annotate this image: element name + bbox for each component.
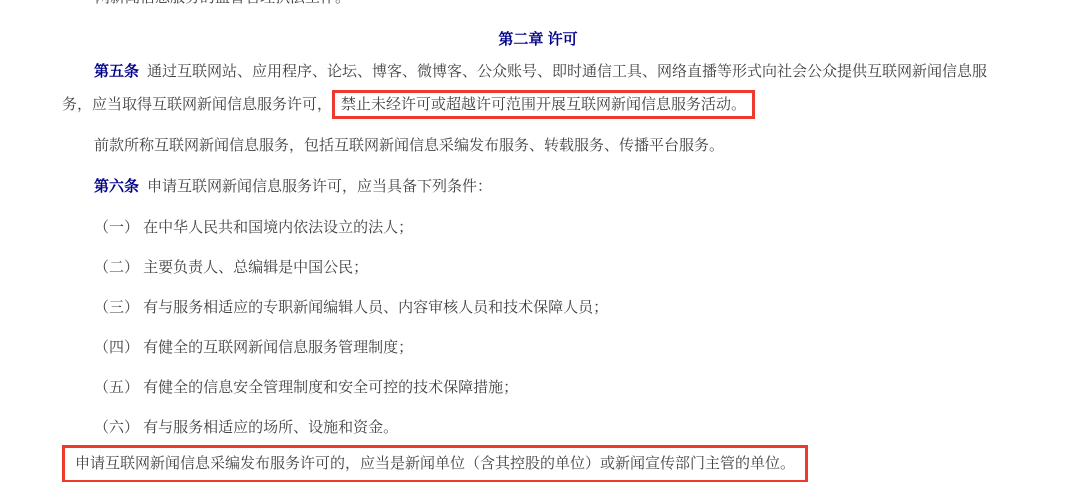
condition-item-4: （四） 有健全的互联网新闻信息服务管理制度； xyxy=(62,331,992,364)
clipped-previous-paragraph: 网新闻信息服务的监督管理执法工作。 xyxy=(62,0,992,9)
chapter-heading: 第二章 许可 xyxy=(62,28,992,49)
clipped-line-text: 网新闻信息服务的监督管理执法工作。 xyxy=(62,0,992,9)
regulation-document: 网新闻信息服务的监督管理执法工作。 第二章 许可 第五条通过互联网站、应用程序、… xyxy=(0,0,1080,482)
article-5-paragraph-2: 前款所称互联网新闻信息服务，包括互联网新闻信息采编发布服务、转载服务、传播平台服… xyxy=(62,129,992,162)
highlight-box-prohibition: 禁止未经许可或超越许可范围开展互联网新闻信息服务活动。 xyxy=(332,90,755,119)
highlight-box-news-unit-requirement: 申请互联网新闻信息采编发布服务许可的，应当是新闻单位（含其控股的单位）或新闻宣传… xyxy=(62,445,808,482)
article-6-label: 第六条 xyxy=(94,178,139,195)
article-6-intro: 申请互联网新闻信息服务许可，应当具备下列条件： xyxy=(147,178,492,195)
condition-item-1: （一） 在中华人民共和国境内依法设立的法人； xyxy=(62,211,992,244)
condition-item-2: （二） 主要负责人、总编辑是中国公民； xyxy=(62,251,992,284)
article-6-intro-paragraph: 第六条申请互联网新闻信息服务许可，应当具备下列条件： xyxy=(62,170,992,203)
condition-item-5: （五） 有健全的信息安全管理制度和安全可控的技术保障措施； xyxy=(62,371,992,404)
article-5-paragraph: 第五条通过互联网站、应用程序、论坛、博客、微博客、公众账号、即时通信工具、网络直… xyxy=(62,55,992,121)
condition-item-3: （三） 有与服务相适应的专职新闻编辑人员、内容审核人员和技术保障人员； xyxy=(62,291,992,324)
article-6-conditions-list: （一） 在中华人民共和国境内依法设立的法人； （二） 主要负责人、总编辑是中国公… xyxy=(62,211,992,444)
condition-item-6: （六） 有与服务相适应的场所、设施和资金。 xyxy=(62,411,992,444)
article-5-label: 第五条 xyxy=(94,63,139,80)
